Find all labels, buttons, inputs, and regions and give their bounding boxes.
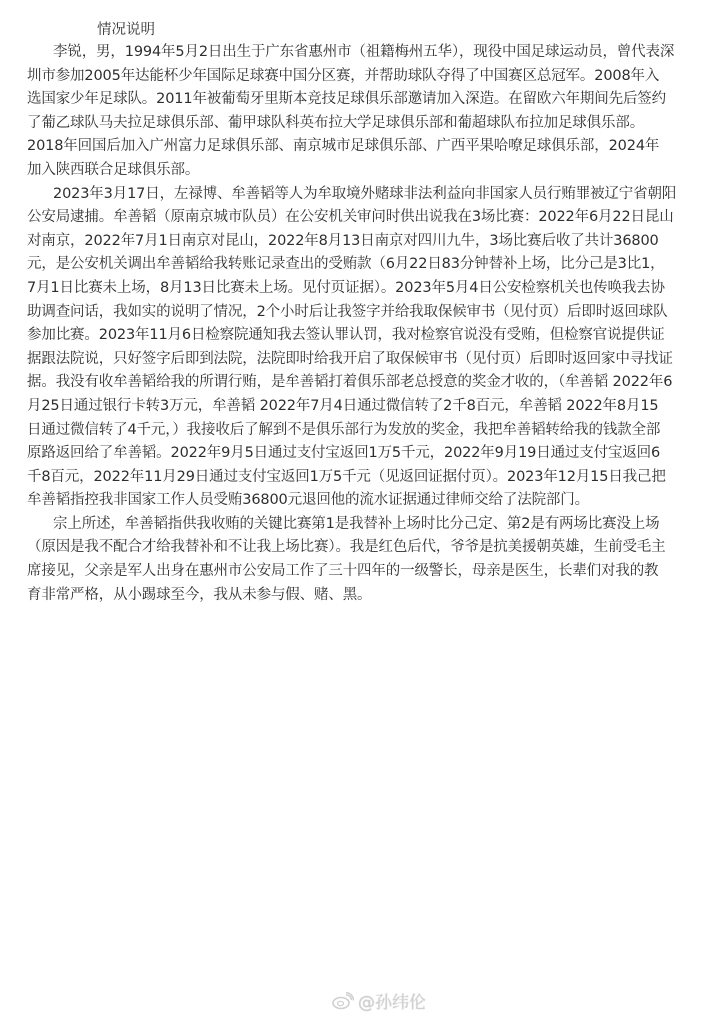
text-line: （原因是我不配合才给我替补和不让我上场比赛）。我是红色后代，爷爷是抗美援朝英雄，… (27, 536, 689, 560)
paragraph-bio: 李锐，男，1994年5月2日出生于广东省惠州市（祖籍梅州五华），现役中国足球运动… (27, 41, 689, 183)
watermark: @孙纬伦 (332, 988, 426, 1013)
text-line: 7月1日比赛未上场，8月13日比赛未上场。见付页证据）。2023年5月4日公安检… (27, 277, 689, 301)
text-line: 育非常严格，从小踢球至今，我从未参与假、赌、黑。 (27, 584, 689, 608)
text-line: 了葡乙球队马夫拉足球俱乐部、葡甲球队科英布拉大学足球俱乐部和葡超球队布拉加足球俱… (27, 112, 689, 136)
text-line: 助调查问话，我如实的说明了情况，2个小时后让我签字并给我取保候审书（见付页）后即… (27, 301, 689, 325)
text-line: 圳市参加2005年达能杯少年国际足球赛中国分区赛，并帮助球队夺得了中国赛区总冠军… (27, 65, 689, 89)
text-line: 元，是公安机关调出牟善韬给我转账记录查出的受贿款（6月22日83分钟替补上场，比… (27, 253, 689, 277)
text-line: 牟善韬指控我非国家工作人员受贿36800元退回他的流水证据通过律师交给了法院部门… (27, 489, 689, 513)
text-line: 选国家少年足球队。2011年被葡萄牙里斯本竞技足球俱乐部邀请加入深造。在留欧六年… (27, 88, 689, 112)
text-line: 据跟法院说，只好签字后即到法院，法院即时给我开启了取保候审书（见付页）后即时返回… (27, 348, 689, 372)
text-line: 月25日通过银行卡转3万元，牟善韬 2022年7月4日通过微信转了2千8百元，牟… (27, 395, 689, 419)
text-line: 2023年3月17日，左禄博、牟善韬等人为牟取境外赌球非法利益向非国家人员行贿罪… (27, 183, 689, 207)
document-title: 情况说明 (27, 19, 689, 41)
document: 情况说明 李锐，男，1994年5月2日出生于广东省惠州市（祖籍梅州五华），现役中… (27, 19, 689, 607)
text-line: 席接见，父亲是军人出身在惠州市公安局工作了三十四年的一级警长，母亲是医生，长辈们… (27, 560, 689, 584)
paragraph-case-details: 2023年3月17日，左禄博、牟善韬等人为牟取境外赌球非法利益向非国家人员行贿罪… (27, 183, 689, 513)
text-line: 李锐，男，1994年5月2日出生于广东省惠州市（祖籍梅州五华），现役中国足球运动… (27, 41, 689, 65)
text-line: 原路返回给了牟善韬。2022年9月5日通过支付宝返回1万5千元，2022年9月1… (27, 442, 689, 466)
text-line: 宗上所述，牟善韬指供我收贿的关键比赛第1是我替补上场时比分己定、第2是有两场比赛… (27, 513, 689, 537)
watermark-text: @孙纬伦 (358, 988, 426, 1013)
text-line: 日通过微信转了4千元，）我接收后了解到不是俱乐部行为发放的奖金，我把牟善韬转给我… (27, 419, 689, 443)
text-line: 参加比赛。2023年11月6日检察院通知我去签认罪认罚，我对检察官说没有受贿，但… (27, 324, 689, 348)
text-line: 加入陕西联合足球俱乐部。 (27, 159, 689, 183)
paragraph-summary: 宗上所述，牟善韬指供我收贿的关键比赛第1是我替补上场时比分己定、第2是有两场比赛… (27, 513, 689, 607)
text-line: 对南京，2022年7月1日南京对昆山，2022年8月13日南京对四川九牛，3场比… (27, 230, 689, 254)
text-line: 公安局逮捕。牟善韬（原南京城市队员）在公安机关审问时供出说我在3场比赛：2022… (27, 206, 689, 230)
text-line: 千8百元，2022年11月29日通过支付宝返回1万5千元（见返回证据付页）。20… (27, 466, 689, 490)
weibo-icon (332, 992, 354, 1010)
text-line: 据。我没有收牟善韬给我的所谓行贿，是牟善韬打着俱乐部老总授意的奖金才收的，（牟善… (27, 371, 689, 395)
text-line: 2018年回国后加入广州富力足球俱乐部、南京城市足球俱乐部、广西平果哈嘹足球俱乐… (27, 135, 689, 159)
